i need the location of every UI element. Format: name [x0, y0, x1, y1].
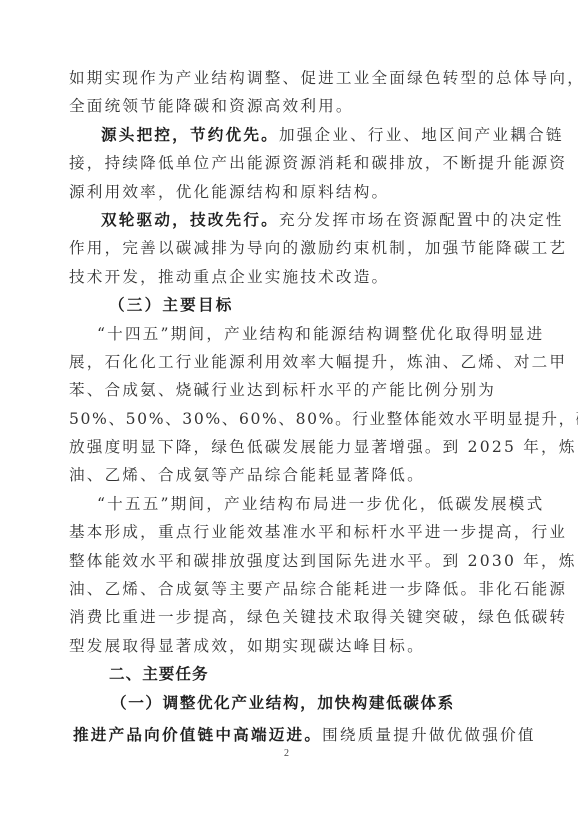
paragraph-text: 充分发挥市场在资源配置中的决定性: [279, 211, 564, 229]
paragraph-line: 型发展取得显著成效，如期实现碳达峰目标。: [69, 632, 509, 660]
document-page: 如期实现作为产业结构调整、促进工业全面绿色转型的总体导向， 全面统领节能降碳和资…: [0, 0, 578, 818]
task-title: 推进产品向价值链中高端迈进。: [73, 725, 322, 744]
paragraph-line: 展，石化化工行业能源利用效率大幅提升，炼油、乙烯、对二甲: [69, 348, 509, 376]
paragraph-line: “十四五”期间，产业结构和能源结构调整优化取得明显进: [69, 320, 509, 348]
paragraph-line: 接，持续降低单位产出能源资源消耗和碳排放，不断提升能源资: [69, 149, 509, 177]
paragraph-line: 油、乙烯、合成氨等产品综合能耗显著降低。: [69, 461, 509, 489]
paragraph-line: 苯、合成氨、烧碱行业达到标杆水平的产能比例分别为: [69, 376, 509, 404]
subsection-heading-adjust-structure: （一）调整优化产业结构，加快构建低碳体系: [69, 689, 509, 717]
paragraph-line: 放强度明显下降，绿色低碳发展能力显著增强。到 2025 年，炼: [69, 433, 509, 461]
document-body: 如期实现作为产业结构调整、促进工业全面绿色转型的总体导向， 全面统领节能降碳和资…: [69, 64, 509, 749]
page-number: 2: [284, 748, 289, 759]
paragraph-line: 源利用效率，优化能源结构和原料结构。: [69, 178, 509, 206]
paragraph-line: 消费比重进一步提高，绿色关键技术取得关键突破，绿色低碳转: [69, 603, 509, 631]
principle-dual-drive: 双轮驱动，技改先行。充分发挥市场在资源配置中的决定性: [69, 206, 509, 234]
paragraph-line: 作用，完善以碳减排为导向的激励约束机制，加强节能降碳工艺: [69, 234, 509, 262]
paragraph-line: 技术开发，推动重点企业实施技术改造。: [69, 263, 509, 291]
paragraph-text: 围绕质量提升做优做强价值: [322, 726, 536, 744]
principle-title: 双轮驱动，技改先行。: [101, 210, 279, 229]
paragraph-line: “十五五”期间，产业结构布局进一步优化，低碳发展模式: [69, 490, 509, 518]
task-lead-line: 推进产品向价值链中高端迈进。围绕质量提升做优做强价值: [69, 721, 509, 749]
section-heading-main-goals: （三）主要目标: [69, 291, 509, 319]
paragraph-line: 50%、50%、30%、60%、80%。行业整体能效水平明显提升，碳排: [69, 405, 509, 433]
paragraph-line: 如期实现作为产业结构调整、促进工业全面绿色转型的总体导向，: [69, 64, 509, 92]
paragraph-line: 全面统领节能降碳和资源高效利用。: [69, 92, 509, 120]
paragraph-text: 加强企业、行业、地区间产业耦合链: [279, 126, 564, 144]
paragraph-line: 整体能效水平和碳排放强度达到国际先进水平。到 2030 年，炼: [69, 547, 509, 575]
section-heading-main-tasks: 二、主要任务: [69, 660, 509, 688]
paragraph-line: 油、乙烯、合成氨等主要产品综合能耗进一步降低。非化石能源: [69, 575, 509, 603]
paragraph-line: 基本形成，重点行业能效基准水平和标杆水平进一步提高，行业: [69, 518, 509, 546]
principle-title: 源头把控，节约优先。: [101, 125, 279, 144]
principle-source-control: 源头把控，节约优先。加强企业、行业、地区间产业耦合链: [69, 121, 509, 149]
